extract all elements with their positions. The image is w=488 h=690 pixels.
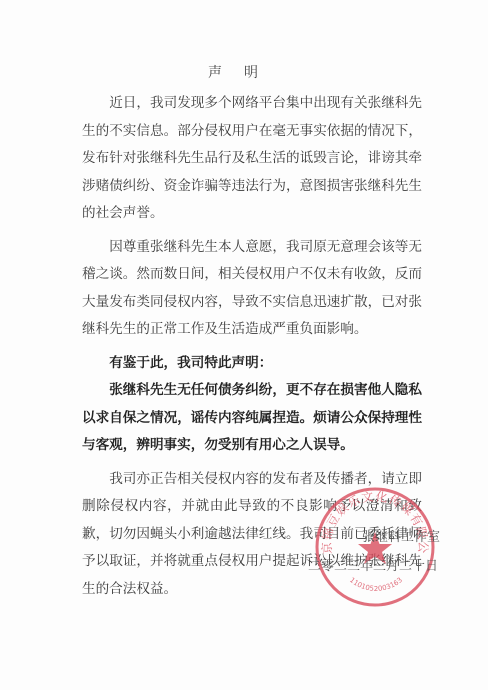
svg-text:1101052003163: 1101052003163 bbox=[348, 576, 404, 593]
paragraph-1: 近日，我司发现多个网络平台集中出现有关张继科先生的不实信息。部分侵权用户在毫无事… bbox=[82, 90, 422, 228]
paragraph-3-declaration-lead: 有鉴于此，我司特此声明： bbox=[82, 350, 422, 378]
signature: 张继科工作室 bbox=[362, 526, 440, 545]
paragraph-2: 因尊重张继科先生本人意愿，我司原无意理会该等无稽之谈。然而数日间，相关侵权用户不… bbox=[82, 234, 422, 344]
paragraph-4-declaration: 张继科先生无任何债务纠纷，更不存在损害他人隐私以求自保之情况，谣传内容纯属捏造。… bbox=[82, 377, 422, 460]
document-title: 声明 bbox=[0, 62, 488, 82]
company-seal-icon: 北京锦豆娱乐文化传媒有限公司 1101052003163 bbox=[312, 484, 438, 610]
statement-document: 声明 近日，我司发现多个网络平台集中出现有关张继科先生的不实信息。部分侵权用户在… bbox=[0, 0, 488, 690]
document-date: 二零二三年三月二十日 bbox=[308, 555, 438, 574]
